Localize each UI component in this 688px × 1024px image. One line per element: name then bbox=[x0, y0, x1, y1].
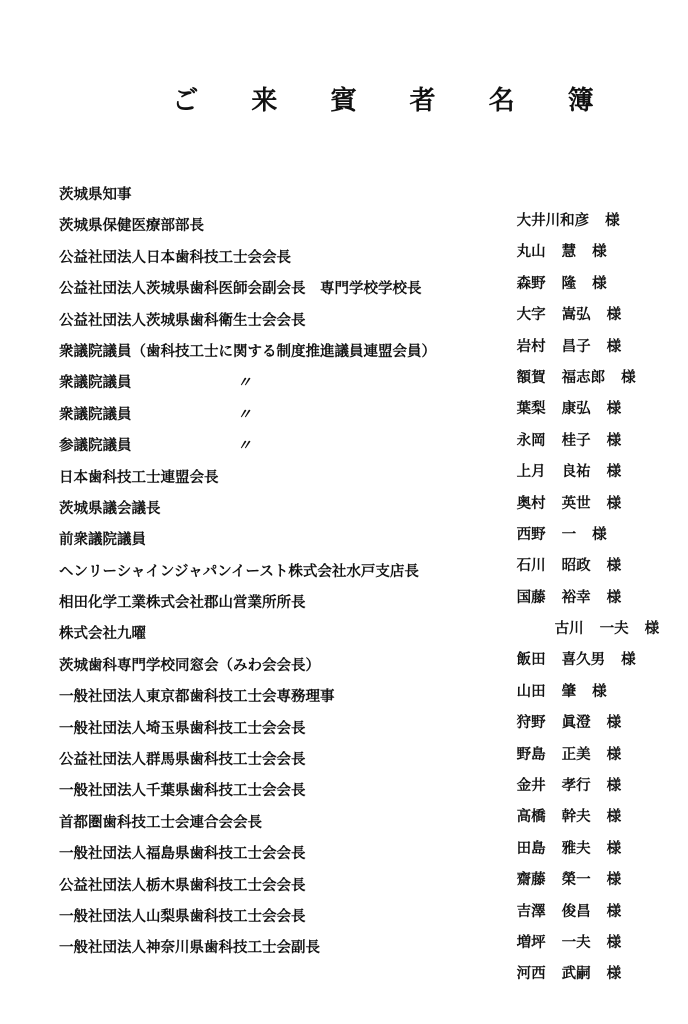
guest-row: 相田化学工業株式会社郡山営業所所長 古川一夫様 bbox=[0, 590, 688, 621]
guest-role: 衆議院議員（歯科技工士に関する制度推進議員連盟会員） bbox=[59, 339, 436, 365]
guest-name: 河西武嗣様 bbox=[489, 935, 621, 1013]
guest-role: 一般社団法人東京都歯科技工士会専務理事 bbox=[59, 684, 335, 710]
guest-row: 日本歯科技工士連盟会長 奥村英世様 bbox=[0, 465, 688, 496]
guest-role: 公益社団法人群馬県歯科技工士会会長 bbox=[59, 747, 306, 773]
guest-role: 公益社団法人茨城県歯科医師会副会長 専門学校学校長 bbox=[59, 276, 422, 302]
ditto-mark: 〃 bbox=[237, 402, 252, 428]
guest-role: 株式会社九曜 bbox=[59, 621, 146, 647]
guest-list: 茨城県知事 大井川和彦様 茨城県保健医療部部長 丸山慧様 公益社団法人日本歯科技… bbox=[0, 182, 688, 967]
guest-row: 一般社団法人山梨県歯科技工士会会長 増坪一夫様 bbox=[0, 904, 688, 935]
guest-role: 茨城県知事 bbox=[59, 182, 132, 208]
guest-row: 衆議院議員 〃 永岡桂子様 bbox=[0, 402, 688, 433]
guest-role: 茨城県保健医療部部長 bbox=[59, 213, 204, 239]
guest-row: 一般社団法人千葉県歯科技工士会会長 高橋幹夫様 bbox=[0, 778, 688, 809]
ditto-mark: 〃 bbox=[237, 433, 252, 459]
guest-row: 茨城県知事 大井川和彦様 bbox=[0, 182, 688, 213]
guest-row: 一般社団法人福島県歯科技工士会会長 齋藤榮一様 bbox=[0, 841, 688, 872]
guest-role: 一般社団法人山梨県歯科技工士会会長 bbox=[59, 904, 306, 930]
guest-row: 公益社団法人日本歯科技工士会会長 森野隆様 bbox=[0, 245, 688, 276]
guest-row: 参議院議員 〃 上月良祐様 bbox=[0, 433, 688, 464]
guest-row: 前衆議院議員 石川昭政様 bbox=[0, 527, 688, 558]
guest-row: 公益社団法人茨城県歯科衛生士会会長 岩村昌子様 bbox=[0, 308, 688, 339]
guest-row: 茨城県保健医療部部長 丸山慧様 bbox=[0, 213, 688, 244]
guest-row: 一般社団法人埼玉県歯科技工士会会長 野島正美様 bbox=[0, 716, 688, 747]
guest-row: 公益社団法人栃木県歯科技工士会会長 吉澤俊昌様 bbox=[0, 873, 688, 904]
guest-row: 公益社団法人群馬県歯科技工士会会長 金井孝行様 bbox=[0, 747, 688, 778]
guest-role: 首都圏歯科技工士会連合会会長 bbox=[59, 810, 262, 836]
guest-row: 衆議院議員（歯科技工士に関する制度推進議員連盟会員） 額賀福志郎様 bbox=[0, 339, 688, 370]
guest-role: 日本歯科技工士連盟会長 bbox=[59, 465, 219, 491]
guest-role: 茨城歯科専門学校同窓会（みわ会会長） bbox=[59, 653, 320, 679]
ditto-mark: 〃 bbox=[237, 370, 252, 396]
guest-role: 参議院議員 bbox=[59, 433, 132, 459]
guest-row: 公益社団法人茨城県歯科医師会副会長 専門学校学校長 大字嵩弘様 bbox=[0, 276, 688, 307]
guest-role: 一般社団法人福島県歯科技工士会会長 bbox=[59, 841, 306, 867]
guest-role: 前衆議院議員 bbox=[59, 527, 146, 553]
guest-role: 相田化学工業株式会社郡山営業所所長 bbox=[59, 590, 306, 616]
guest-row: 首都圏歯科技工士会連合会会長 田島雅夫様 bbox=[0, 810, 688, 841]
guest-given-name: 武嗣 bbox=[562, 961, 591, 987]
guest-row: 茨城歯科専門学校同窓会（みわ会会長） 山田肇様 bbox=[0, 653, 688, 684]
guest-row: 衆議院議員 〃 葉梨康弘様 bbox=[0, 370, 688, 401]
guest-role: 公益社団法人栃木県歯科技工士会会長 bbox=[59, 873, 306, 899]
guest-role: 茨城県議会議長 bbox=[59, 496, 161, 522]
guest-role: 公益社団法人日本歯科技工士会会長 bbox=[59, 245, 291, 271]
guest-row: 一般社団法人神奈川県歯科技工士会副長 河西武嗣様 bbox=[0, 935, 688, 966]
guest-surname: 河西 bbox=[517, 961, 546, 987]
guest-role: 一般社団法人千葉県歯科技工士会会長 bbox=[59, 778, 306, 804]
guest-row: 株式会社九曜 飯田喜久男様 bbox=[0, 621, 688, 652]
honorific: 様 bbox=[607, 961, 622, 987]
guest-role: ヘンリーシャインジャパンイースト株式会社水戸支店長 bbox=[59, 559, 419, 585]
guest-role: 一般社団法人神奈川県歯科技工士会副長 bbox=[59, 935, 320, 961]
guest-role: 一般社団法人埼玉県歯科技工士会会長 bbox=[59, 716, 306, 742]
page-title: ご 来 賓 者 名 簿 bbox=[0, 80, 688, 117]
guest-role: 公益社団法人茨城県歯科衛生士会会長 bbox=[59, 308, 306, 334]
guest-row: 茨城県議会議長 西野一様 bbox=[0, 496, 688, 527]
guest-row: ヘンリーシャインジャパンイースト株式会社水戸支店長 国藤裕幸様 bbox=[0, 559, 688, 590]
guest-row: 一般社団法人東京都歯科技工士会専務理事 狩野眞澄様 bbox=[0, 684, 688, 715]
guest-role: 衆議院議員 bbox=[59, 370, 132, 396]
guest-role: 衆議院議員 bbox=[59, 402, 132, 428]
